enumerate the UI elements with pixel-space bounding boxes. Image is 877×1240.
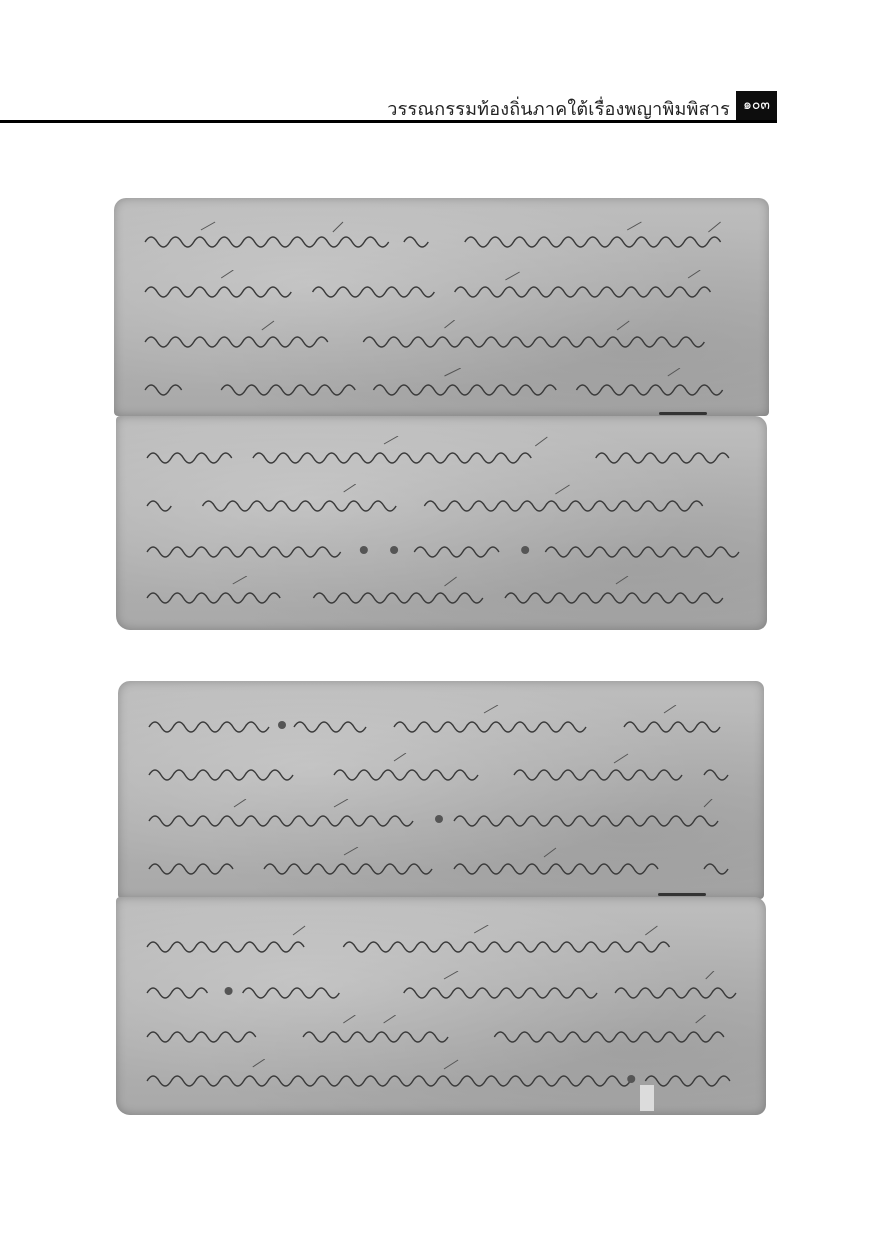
manuscript-line: manuscript line 1	[140, 220, 749, 254]
manuscript-leaf-1b: manuscript line 5 manuscript line 6 manu…	[116, 416, 767, 630]
manuscript-line: manuscript line 5	[142, 925, 746, 959]
running-header: วรรณกรรมท้องถิ่นภาคใต้เรื่องพญาพิมพิสาร …	[0, 88, 877, 124]
manuscript-line: manuscript line 8	[142, 576, 747, 610]
manuscript-line: manuscript line 7	[142, 1015, 746, 1049]
manuscript-line: manuscript line 2	[144, 753, 744, 787]
manuscript-line: manuscript line 3	[144, 799, 744, 833]
manuscript-leaf-2b: manuscript line 5 manuscript line 6 manu…	[116, 897, 766, 1115]
book-title: วรรณกรรมท้องถิ่นภาคใต้เรื่องพญาพิมพิสาร	[387, 94, 730, 123]
fold-mark	[659, 412, 707, 415]
header-rule	[0, 120, 777, 123]
manuscript-line: manuscript line 8	[142, 1059, 746, 1093]
manuscript-line: manuscript line 1	[144, 705, 744, 739]
manuscript-line: manuscript line 6	[142, 484, 747, 518]
page-number: ๑๐๓	[736, 91, 777, 120]
torn-paper-patch	[640, 1085, 654, 1111]
manuscript-leaf-1a: manuscript line 1 manuscript line 2 manu…	[114, 198, 769, 416]
manuscript-line: manuscript line 4	[140, 368, 749, 402]
manuscript-leaf-2a: manuscript line 1 manuscript line 2 manu…	[118, 681, 764, 899]
fold-mark	[658, 893, 706, 896]
manuscript-line: manuscript line 3	[140, 320, 749, 354]
manuscript-line: manuscript line 5	[142, 436, 747, 470]
manuscript-line: manuscript line 6	[142, 971, 746, 1005]
manuscript-line: manuscript line 7	[142, 530, 747, 564]
manuscript-line: manuscript line 2	[140, 270, 749, 304]
manuscript-line: manuscript line 4	[144, 847, 744, 881]
